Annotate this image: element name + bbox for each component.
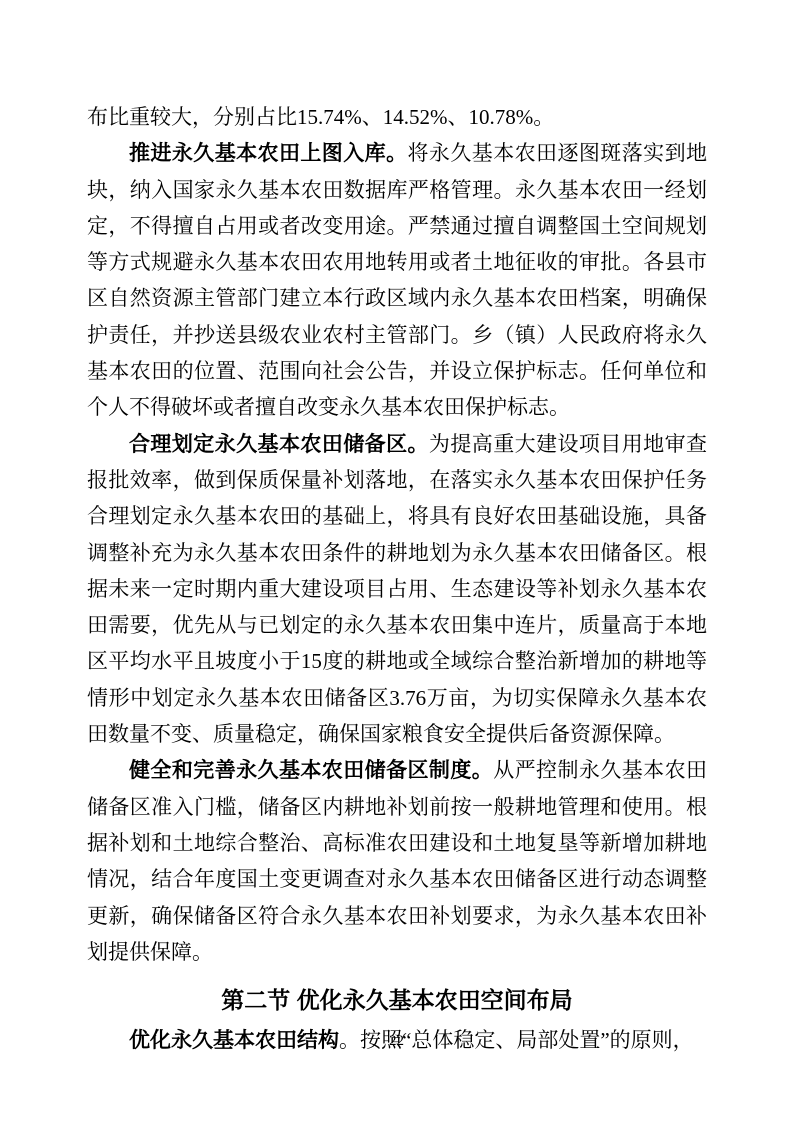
- paragraph-text: 从严控制永久基本农田储备区准入门槛，储备区内耕地补划前按一般耕地管理和使用。根据…: [87, 758, 707, 963]
- paragraph-text: 为提高重大建设项目用地审查报批效率，做到保质保量补划落地，在落实永久基本农田保护…: [87, 432, 707, 746]
- paragraph-text: 布比重较大，分别占比15.74%、14.52%、10.78%。: [87, 105, 554, 129]
- section-heading: 第二节 优化永久基本农田空间布局: [87, 980, 707, 1020]
- paragraph-text: 将永久基本农田逐图斑落实到地块，纳入国家永久基本农田数据库严格管理。永久基本农田…: [87, 141, 707, 419]
- document-body: 布比重较大，分别占比15.74%、14.52%、10.78%。 推进永久基本农田…: [87, 99, 707, 1058]
- paragraph: 健全和完善永久基本农田储备区制度。从严控制永久基本农田储备区准入门槛，储备区内耕…: [87, 752, 707, 970]
- paragraph-lead: 推进永久基本农田上图入库。: [129, 141, 408, 165]
- paragraph: 推进永久基本农田上图入库。将永久基本农田逐图斑落实到地块，纳入国家永久基本农田数…: [87, 135, 707, 425]
- paragraph-lead: 健全和完善永久基本农田储备区制度。: [129, 758, 493, 782]
- paragraph-lead: 合理划定永久基本农田储备区。: [129, 432, 429, 456]
- paragraph: 布比重较大，分别占比15.74%、14.52%、10.78%。: [87, 99, 707, 135]
- document-page: 布比重较大，分别占比15.74%、14.52%、10.78%。 推进永久基本农田…: [0, 0, 793, 1122]
- paragraph: 合理划定永久基本农田储备区。为提高重大建设项目用地审查报批效率，做到保质保量补划…: [87, 426, 707, 753]
- page-number: 22: [0, 1033, 793, 1050]
